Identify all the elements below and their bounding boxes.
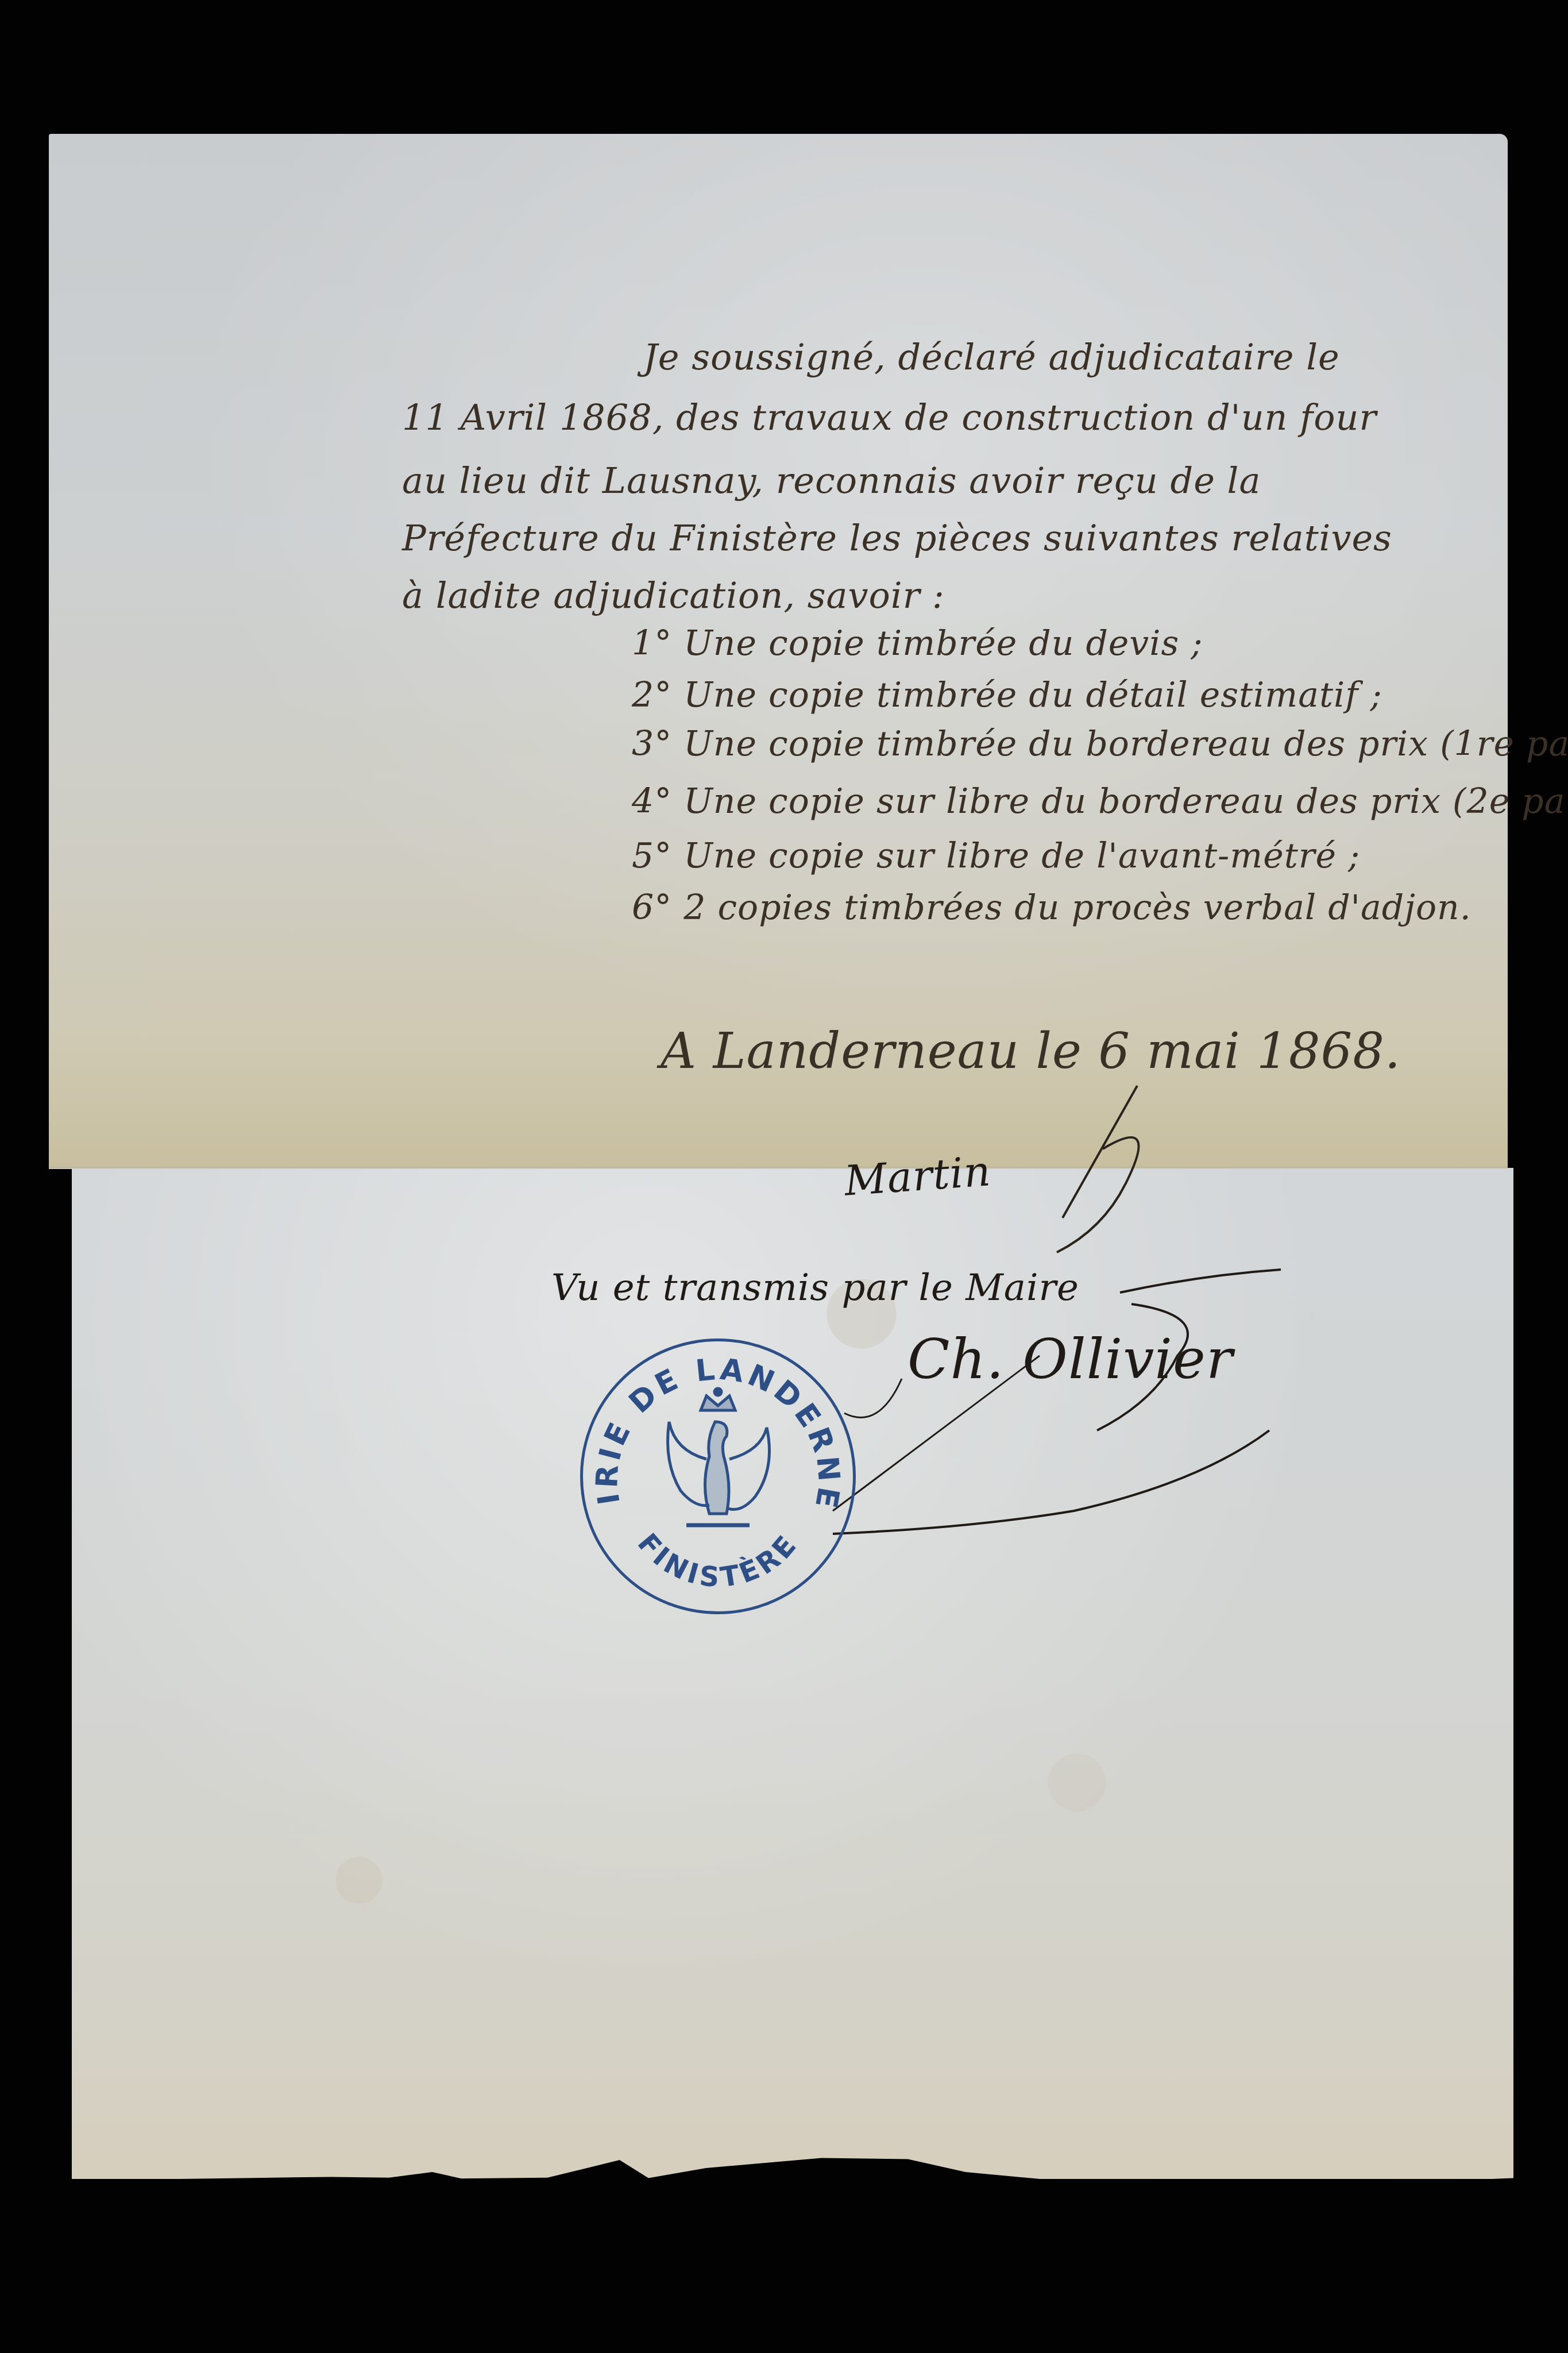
body-line: à ladite adjudication, savoir : <box>402 574 945 616</box>
list-item: 4° Une copie sur libre du bordereau des … <box>632 781 1568 821</box>
stamp-graphic: MAIRIE DE LANDERNEAU (FINISTÈRE) <box>583 1341 853 1611</box>
fold-crease <box>49 1167 1508 1169</box>
list-item: 5° Une copie sur libre de l'avant-métré … <box>632 836 1360 876</box>
contractor-signature: Martin <box>843 1147 992 1205</box>
list-item: 3° Une copie timbrée du bordereau des pr… <box>632 724 1568 764</box>
sheet-lower-panel <box>72 1168 1513 2179</box>
mairie-stamp: MAIRIE DE LANDERNEAU (FINISTÈRE) <box>580 1338 856 1614</box>
list-item: 6° 2 copies timbrées du procès verbal d'… <box>632 888 1472 928</box>
body-line: 11 Avril 1868, des travaux de constructi… <box>402 396 1377 438</box>
body-line: Préfecture du Finistère les pièces suiva… <box>402 517 1392 559</box>
list-item: 1° Une copie timbrée du devis ; <box>632 623 1203 664</box>
body-line: au lieu dit Lausnay, reconnais avoir reç… <box>402 460 1261 502</box>
place-date: A Landerneau le 6 mai 1868. <box>661 1023 1401 1080</box>
document-sheet <box>49 134 1508 2179</box>
body-line: Je soussigné, déclaré adjudicataire le <box>643 336 1340 378</box>
list-item: 2° Une copie timbrée du détail estimatif… <box>632 675 1382 715</box>
transmission-note: Vu et transmis par le Maire <box>551 1267 1079 1309</box>
mayor-signature: Ch. Ollivier <box>907 1327 1233 1391</box>
crowned-eagle-icon <box>668 1388 770 1525</box>
